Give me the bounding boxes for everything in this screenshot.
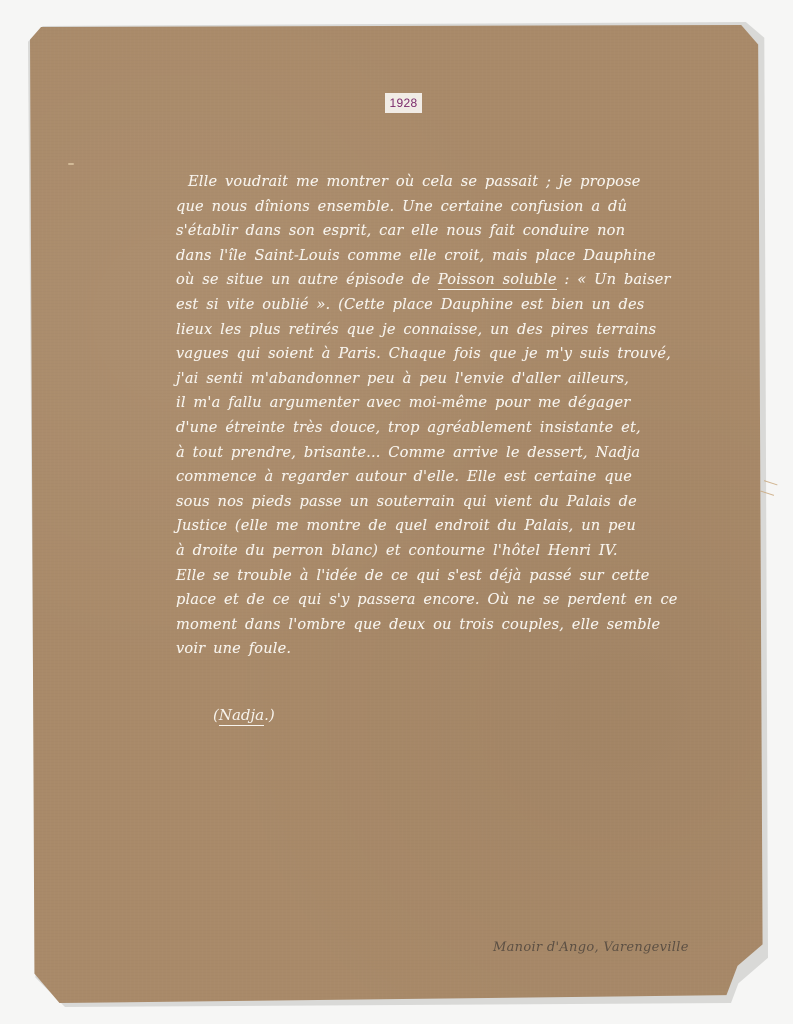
manuscript-line: Elle se trouble à l'idée de ce qui s'est… bbox=[176, 564, 776, 589]
signature-close-paren: .) bbox=[264, 706, 275, 724]
manuscript-line: que nous dînions ensemble. Une certaine … bbox=[176, 195, 776, 220]
book-title-underlined: Poisson soluble bbox=[438, 271, 557, 290]
manuscript-line: commence à regarder autour d'elle. Elle … bbox=[176, 465, 776, 490]
manuscript-line: vagues qui soient à Paris. Chaque fois q… bbox=[176, 342, 776, 367]
manuscript-line: voir une foule. bbox=[176, 637, 776, 662]
manuscript-line: Justice (elle me montre de quel endroit … bbox=[176, 514, 776, 539]
manuscript-line: sous nos pieds passe un souterrain qui v… bbox=[176, 490, 776, 515]
manuscript-text: Elle voudrait me montrer où cela se pass… bbox=[176, 170, 776, 662]
paper-fleck bbox=[68, 163, 74, 165]
manuscript-line: dans l'île Saint-Louis comme elle croit,… bbox=[176, 244, 776, 269]
manuscript-line: est si vite oublié ». (Cette place Dauph… bbox=[176, 293, 776, 318]
manuscript-line: il m'a fallu argumenter avec moi-même po… bbox=[176, 391, 776, 416]
manuscript-line: s'établir dans son esprit, car elle nous… bbox=[176, 219, 776, 244]
manuscript-line: lieux les plus retirés que je connaisse,… bbox=[176, 318, 776, 343]
manuscript-line: où se situe un autre épisode de Poisson … bbox=[176, 268, 776, 293]
manuscript-line: place et de ce qui s'y passera encore. O… bbox=[176, 588, 776, 613]
manuscript-line: d'une étreinte très douce, trop agréable… bbox=[176, 416, 776, 441]
line-text: où se situe un autre épisode de bbox=[176, 271, 438, 288]
pencil-annotation: Manoir d'Ango, Varengeville bbox=[493, 940, 689, 955]
line-text: : « Un baiser bbox=[557, 271, 671, 288]
manuscript-line: moment dans l'ombre que deux ou trois co… bbox=[176, 613, 776, 638]
manuscript-line: j'ai senti m'abandonner peu à peu l'envi… bbox=[176, 367, 776, 392]
manuscript-line: Elle voudrait me montrer où cela se pass… bbox=[176, 170, 776, 195]
signature-open-paren: ( bbox=[213, 706, 219, 724]
signature-title: Nadja bbox=[219, 706, 264, 726]
manuscript-line: à droite du perron blanc) et contourne l… bbox=[176, 539, 776, 564]
manuscript-line: à tout prendre, brisante... Comme arrive… bbox=[176, 441, 776, 466]
signature-attribution: (Nadja.) bbox=[213, 705, 275, 725]
year-label: 1928 bbox=[385, 93, 422, 113]
